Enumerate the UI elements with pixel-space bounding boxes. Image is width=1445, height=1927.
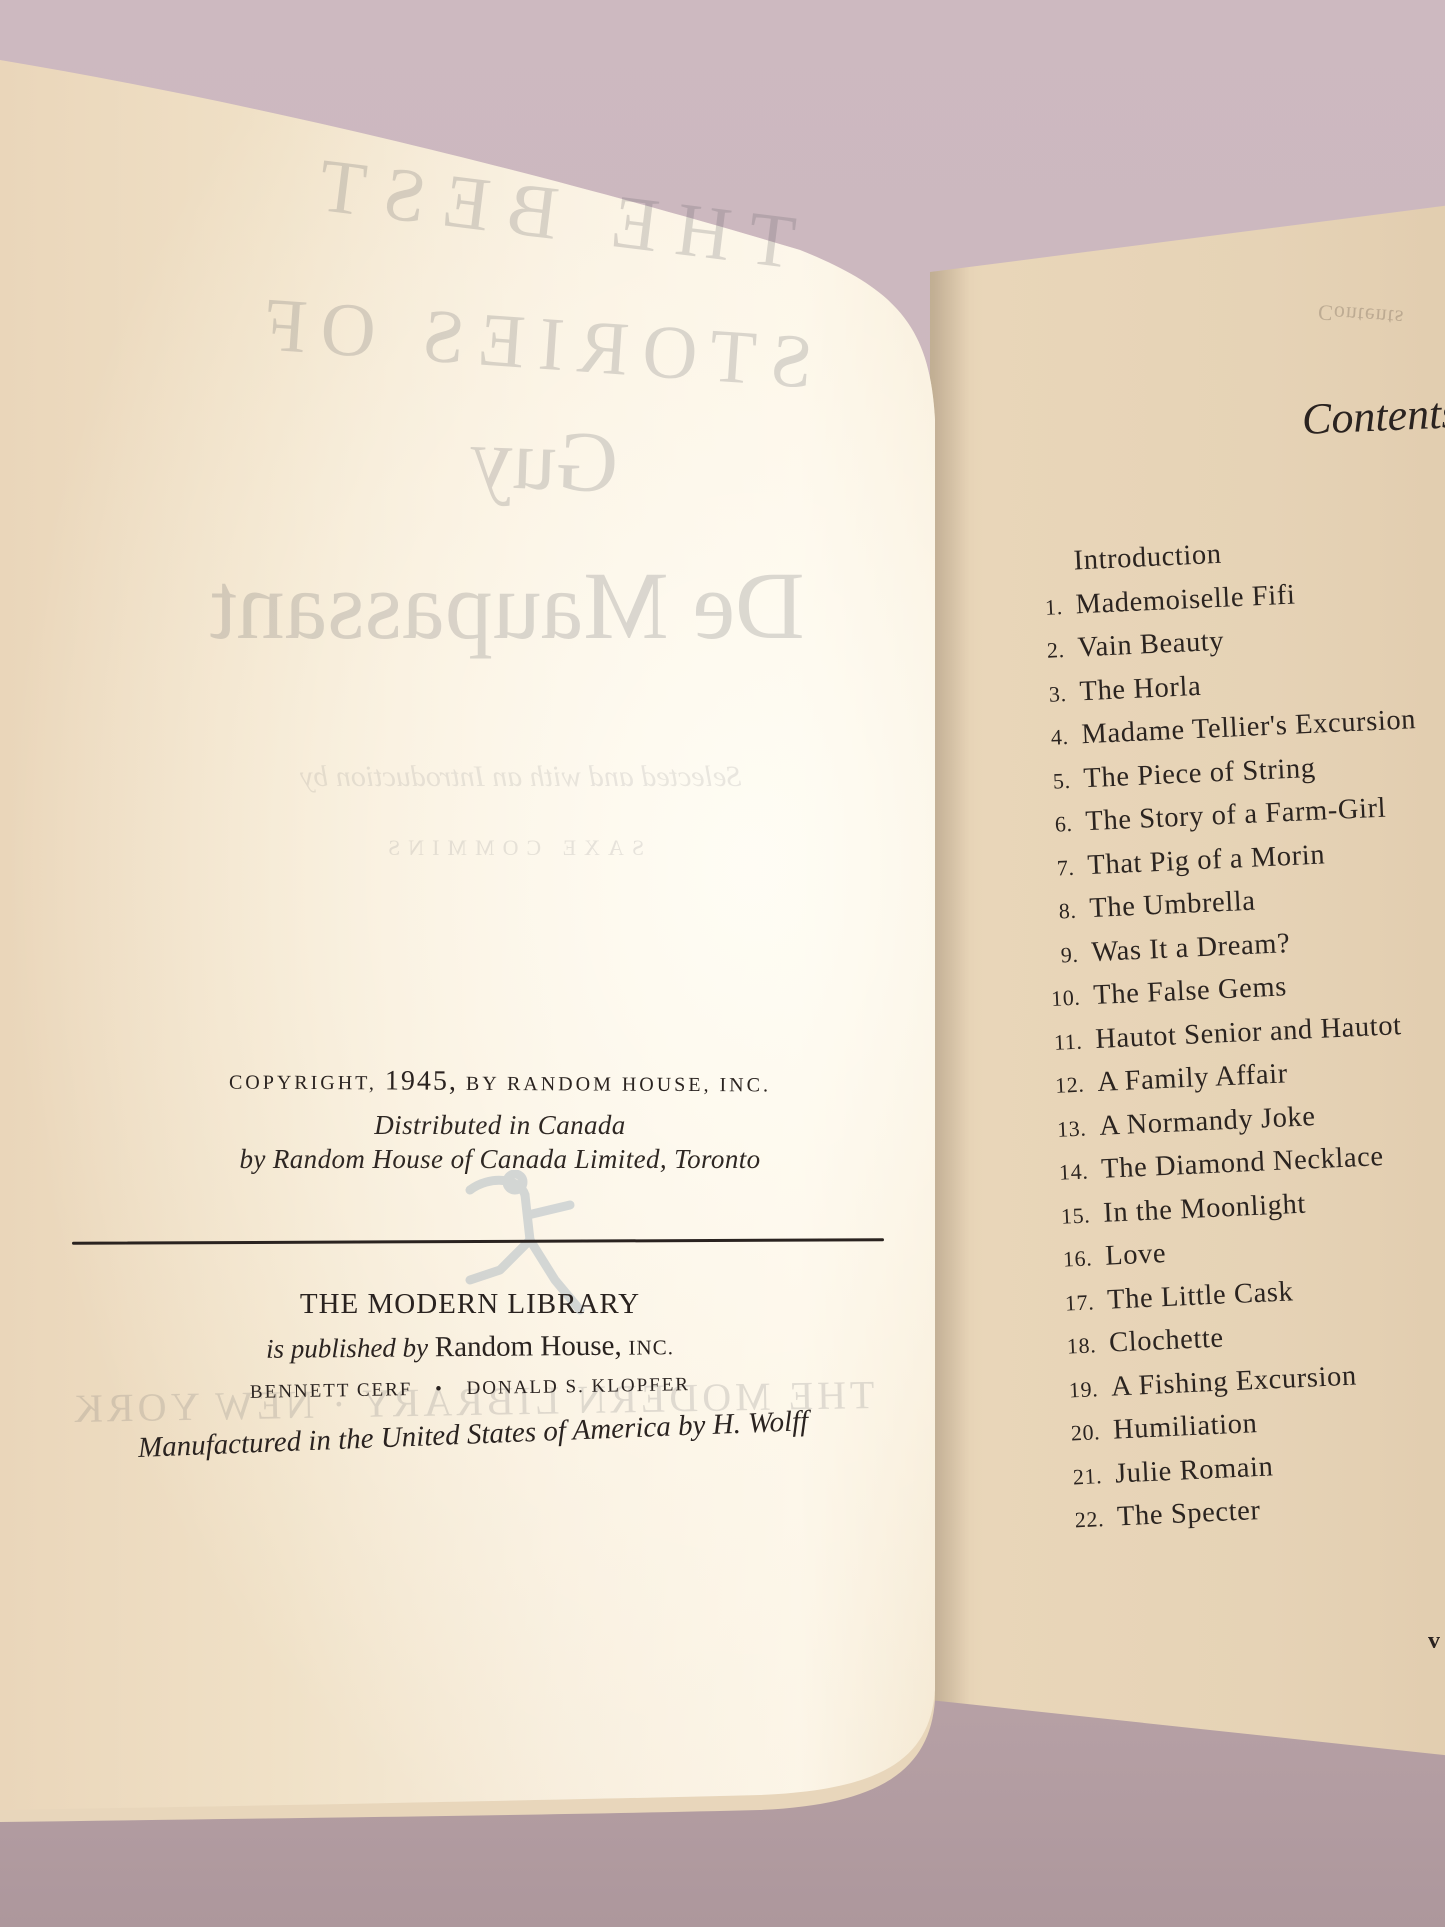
publisher-info: THE MODERN LIBRARY is published by Rando…: [110, 1288, 830, 1400]
toc-number: 14.: [1046, 1158, 1089, 1186]
toc-number: 19.: [1056, 1376, 1099, 1404]
copyright-holder: BY RANDOM HOUSE, INC.: [466, 1073, 771, 1097]
toc-number: 20.: [1058, 1419, 1101, 1447]
copyright-year: 1945,: [385, 1065, 458, 1096]
toc-title: Humiliation: [1112, 1408, 1258, 1447]
toc-number: 9.: [1036, 941, 1079, 969]
copyright-notice: COPYRIGHT, 1945, BY RANDOM HOUSE, INC. D…: [150, 1066, 850, 1176]
publisher-person-2: DONALD S. KLOPFER: [466, 1374, 690, 1399]
publisher-person-1: BENNETT CERF: [250, 1379, 413, 1403]
toc-number: 8.: [1034, 898, 1077, 926]
toc-title: The Umbrella: [1089, 886, 1257, 926]
toc-number: 3.: [1024, 680, 1067, 708]
toc-number: 1.: [1020, 594, 1063, 622]
bleed-through-title-line-3: Guy: [468, 407, 620, 512]
publisher-suffix: INC.: [628, 1335, 674, 1359]
toc-number: 4.: [1026, 724, 1069, 752]
toc-number: 11.: [1040, 1028, 1083, 1056]
toc-number: 16.: [1050, 1245, 1093, 1273]
distribution-line-2: by Random House of Canada Limited, Toron…: [150, 1142, 850, 1176]
toc-title: Vain Beauty: [1077, 626, 1225, 665]
toc-number: 6.: [1030, 811, 1073, 839]
toc-title: The Horla: [1079, 670, 1202, 707]
bleed-through-editor: SAXE COMMINS: [380, 835, 644, 861]
toc-title: Love: [1105, 1238, 1167, 1273]
table-of-contents: Introduction 1. Mademoiselle Fifi 2. Vai…: [1018, 527, 1445, 1547]
bleed-through-subtitle: Selected and with an Introduction by: [300, 760, 741, 794]
published-by-prefix: is published by: [266, 1332, 428, 1363]
toc-number: 22.: [1062, 1506, 1105, 1534]
bullet-separator: •: [435, 1378, 444, 1399]
toc-number: 15.: [1048, 1202, 1091, 1230]
toc-number: 13.: [1044, 1115, 1087, 1143]
toc-title: Introduction: [1073, 539, 1222, 578]
toc-number: 18.: [1054, 1332, 1097, 1360]
toc-number: 7.: [1032, 854, 1075, 882]
series-name: THE MODERN LIBRARY: [110, 1288, 830, 1321]
toc-number: 21.: [1060, 1463, 1103, 1491]
left-page-copyright: [0, 0, 940, 1927]
toc-number: 10.: [1038, 985, 1081, 1013]
publisher-name: Random House,: [435, 1330, 622, 1364]
toc-number: 5.: [1028, 767, 1071, 795]
spine-shadow: [930, 0, 970, 1927]
published-by-line: is published by Random House, INC.: [110, 1328, 830, 1367]
contents-heading: Contents: [1301, 387, 1445, 445]
toc-title: The Specter: [1116, 1495, 1261, 1533]
toc-number: 2.: [1022, 637, 1065, 665]
copyright-prefix: COPYRIGHT,: [229, 1072, 377, 1095]
bleed-through-title-line-4: De Maupassant: [210, 550, 805, 661]
toc-title: Clochette: [1108, 1322, 1224, 1359]
toc-title: Julie Romain: [1114, 1451, 1274, 1490]
page-number: v: [1428, 1628, 1440, 1655]
toc-number: 17.: [1052, 1289, 1095, 1317]
distribution-line-1: Distributed in Canada: [150, 1108, 850, 1142]
toc-number: 12.: [1042, 1072, 1085, 1100]
copyright-line: COPYRIGHT, 1945, BY RANDOM HOUSE, INC.: [150, 1064, 850, 1100]
